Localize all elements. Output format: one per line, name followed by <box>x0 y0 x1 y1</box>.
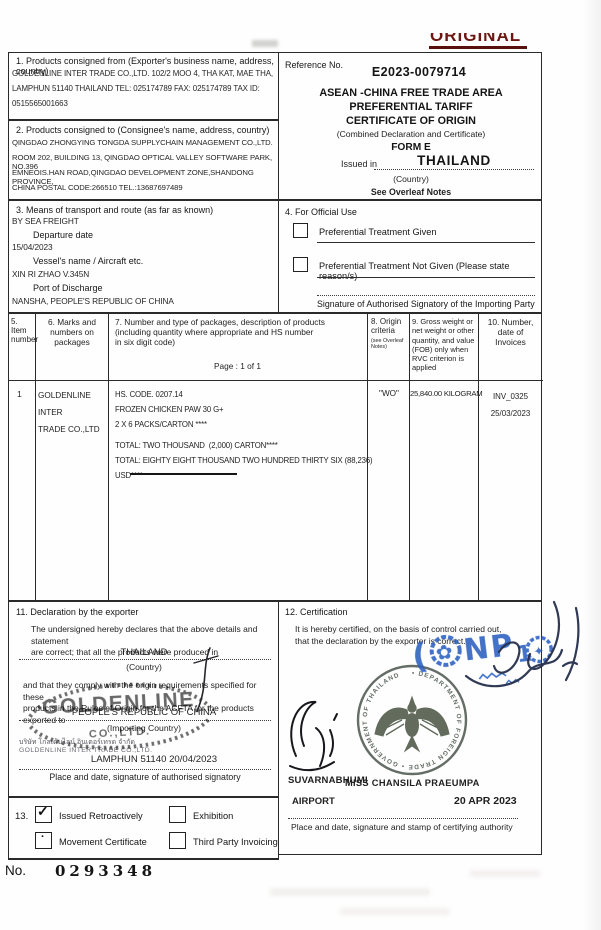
col-header-desc: 7. Number and type of packages, descript… <box>115 317 367 347</box>
header-box: Reference No. E2023-0079714 ASEAN -CHINA… <box>278 52 542 200</box>
col-header-origin: 8. Origin criteria <box>371 317 408 335</box>
row-description-totals: TOTAL: TWO THOUSAND (2,000) CARTON**** T… <box>115 438 372 483</box>
departure-label: Departure date <box>33 230 93 240</box>
title-line1: ASEAN -CHINA FREE TRADE AREA <box>279 87 543 99</box>
page-label: Page : 1 of 1 <box>108 361 367 371</box>
scan-smudge-bottom2 <box>340 908 450 915</box>
checkmark-icon: ✓ <box>37 803 49 820</box>
box13-options: 13. ✓ Issued Retroactively Exhibition · … <box>8 797 279 860</box>
form-e-label: FORM E <box>279 142 543 153</box>
reference-no-label: Reference No. <box>285 60 343 70</box>
col-header-marks: 6. Marks and numbers on packages <box>37 317 107 347</box>
black-signature <box>280 692 358 774</box>
col-header-weight: 9. Gross weight or net weight or other q… <box>412 317 477 373</box>
checkbox-preferential-not-given <box>293 257 308 272</box>
box4-official-use: 4. For Official Use Preferential Treatme… <box>278 200 542 313</box>
reference-no-value: E2023-0079714 <box>339 65 499 79</box>
departure-value: 15/04/2023 <box>12 242 53 252</box>
third-party-label: Third Party Invoicing <box>193 837 278 847</box>
exporter-line2: LAMPHUN 51140 THAILAND TEL: 025174789 FA… <box>12 84 277 93</box>
vessel-value: XIN RI ZHAO V.345N <box>12 269 89 279</box>
blue-stamp-and-signature: ( ✿ NP 1 ✦ <box>406 596 601 721</box>
country-label: (Country) <box>279 174 543 184</box>
dot-mark: · <box>41 831 45 843</box>
exporter-line3: 0515565001663 <box>12 99 277 108</box>
box3-transport: 3. Means of transport and route (as far … <box>8 200 279 313</box>
row-marks: GOLDENLINE INTER TRADE CO.,LTD <box>38 387 108 438</box>
checkbox-preferential-given <box>293 223 308 238</box>
header-row-divider <box>9 380 543 381</box>
row-description: HS. CODE. 0207.14 FROZEN CHICKEN PAW 30 … <box>115 387 223 432</box>
col-header-invoice: 10. Number, date of Invoices <box>480 317 541 347</box>
checkbox-exhibition <box>169 806 186 823</box>
original-label: ORIGINAL <box>430 33 530 46</box>
original-underline <box>429 46 527 49</box>
checkbox-third-party <box>169 832 186 849</box>
col-header-item: 5. Item number <box>11 317 35 344</box>
option2-underline <box>317 277 535 278</box>
box2-label: 2. Products consigned to (Consignee's na… <box>16 125 269 135</box>
serial-no-label: No. <box>5 863 26 878</box>
certifier-name: MISS CHANSILA PRAEUMPA <box>345 778 480 788</box>
declared-country: THAILAND <box>29 647 259 658</box>
overleaf-note: See Overleaf Notes <box>279 187 543 197</box>
box11-label: 11. Declaration by the exporter <box>16 607 138 617</box>
col-divider-4 <box>409 314 410 600</box>
movement-certificate-label: Movement Certificate <box>59 837 147 847</box>
scan-smudge-bottom1 <box>270 888 430 896</box>
scan-smudge-bottom3 <box>470 870 540 877</box>
issued-in-dotline <box>374 169 534 170</box>
title-line3: CERTIFICATE OF ORIGIN <box>279 115 543 127</box>
importing-signature-dotline <box>317 295 535 296</box>
issued-in-value: THAILAND <box>374 153 534 168</box>
scan-edge-shadow <box>583 0 601 930</box>
svg-text:(: ( <box>410 636 430 678</box>
serial-no-value: 0293348 <box>55 862 156 880</box>
col-divider-1 <box>35 314 36 600</box>
transport-value: BY SEA FREIGHT <box>12 216 79 226</box>
col-header-origin-note: (see Overleaf Notes) <box>371 338 408 350</box>
exhibition-label: Exhibition <box>193 811 233 821</box>
cert-date: 20 APR 2023 <box>454 795 517 807</box>
consignee-line1: QINGDAO ZHONGYING TONGDA SUPPLYCHAIN MAN… <box>12 138 278 147</box>
description-end-rule <box>130 473 237 475</box>
vessel-label: Vessel's name / Aircraft etc. <box>33 256 143 266</box>
svg-text:✦: ✦ <box>533 644 546 660</box>
box2-consignee: 2. Products consigned to (Consignee's na… <box>8 120 279 200</box>
checkbox-movement-certificate: · <box>35 832 52 849</box>
title-subtitle: (Combined Declaration and Certificate) <box>279 129 543 139</box>
box4-label: 4. For Official Use <box>285 207 357 217</box>
option1-underline <box>317 242 535 243</box>
goods-table: 5. Item number 6. Marks and numbers on p… <box>8 313 542 601</box>
exporter-signature-dotline <box>19 769 271 770</box>
cert-place-line2: AIRPORT <box>292 796 335 807</box>
row-invoice: INV_0325 25/03/2023 <box>480 388 541 422</box>
box1-exporter: 1. Products consigned from (Exporter's b… <box>8 52 279 120</box>
country-dotline <box>19 659 271 660</box>
box12-label: 12. Certification <box>285 607 348 617</box>
svg-text:✿: ✿ <box>434 639 454 665</box>
issued-in-label: Issued in <box>341 159 377 169</box>
original-watermark: ORIGINAL <box>430 33 530 47</box>
certificate-of-origin-page: ORIGINAL 1. Products consigned from (Exp… <box>0 0 601 930</box>
col-divider-2 <box>108 314 109 600</box>
checkbox-issued-retroactively: ✓ <box>35 806 52 823</box>
scan-smudge <box>252 40 278 47</box>
pen-mark <box>190 645 224 717</box>
exporter-line1: GOLDENLINE INTER TRADE CO.,LTD. 102/2 MO… <box>12 69 277 78</box>
consignee-line4: CHINA POSTAL CODE:266510 TEL.:1368769748… <box>12 183 278 192</box>
box13-number: 13. <box>15 811 28 822</box>
port-label: Port of Discharge <box>33 283 103 293</box>
issued-retroactively-label: Issued Retroactively <box>59 811 143 821</box>
cert-place-label: Place and date, signature and stamp of c… <box>291 822 531 832</box>
importing-signature-label: Signature of Authorised Signatory of the… <box>317 299 535 309</box>
port-value: NANSHA, PEOPLE'S REPUBLIC OF CHINA <box>12 296 174 306</box>
box3-label: 3. Means of transport and route (as far … <box>16 205 213 215</box>
svg-text:NP: NP <box>462 628 517 669</box>
preferential-given-label: Preferential Treatment Given <box>319 227 436 237</box>
exporter-place-label: Place and date, signature of authorised … <box>19 772 271 782</box>
row-weight-value: 25,840.00 KILOGRAM <box>410 389 478 398</box>
cert-signature-dotline <box>288 818 518 819</box>
row-item-number: 1 <box>17 389 22 399</box>
title-line2: PREFERENTIAL TARIFF <box>279 101 543 113</box>
svg-text:CO.,LTD.: CO.,LTD. <box>89 725 152 740</box>
row-origin-criteria: "WO" <box>369 389 409 398</box>
col-divider-5 <box>478 314 479 600</box>
